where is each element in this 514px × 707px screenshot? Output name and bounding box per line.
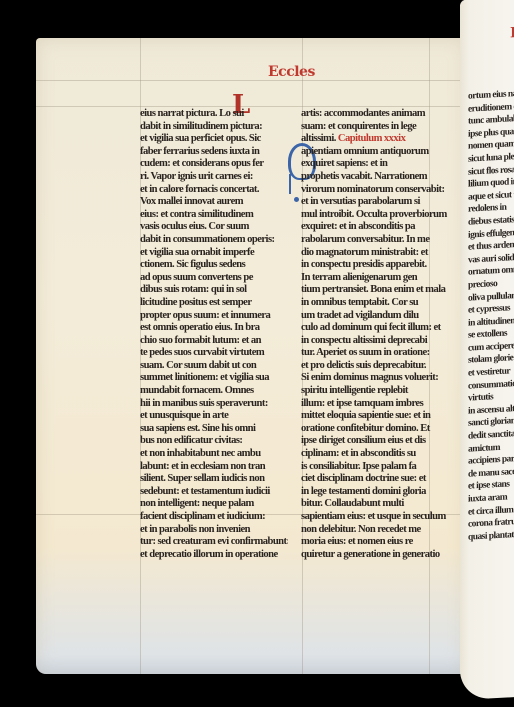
- text-line: exquiret sapiens: et in: [301, 158, 449, 171]
- text-line: ad opus suum convertens pe: [140, 272, 288, 285]
- text-line: propter opus suum: et innumera: [140, 310, 288, 323]
- text-line: in conspectu presidis apparebit.: [301, 259, 449, 272]
- text-line: eius: et contra similitudinem: [140, 209, 288, 222]
- text-line: mundabit fornacem. Omnes: [140, 385, 288, 398]
- ruling-line: [36, 80, 466, 81]
- text-line: facient disciplinam et iudicium:: [140, 511, 288, 524]
- text-line: labunt: et in ecclesiam non tran: [140, 461, 288, 474]
- text-line: bitur. Collaudabunt multi: [301, 498, 449, 511]
- text-line: dabit in similitudinem pictura:: [140, 121, 288, 134]
- right-text-column: artis: accommodantes animamsuam: et conq…: [301, 108, 449, 561]
- running-head: Eccles: [268, 64, 315, 80]
- text-line: te pedes suos curvabit virtutem: [140, 347, 288, 360]
- text-line: tur. Aperiet os suum in oratione:: [301, 347, 449, 360]
- text-line: ri. Vapor ignis urit carnes ei:: [140, 171, 288, 184]
- text-line: mittet eloquia sapientie sue: et in: [301, 410, 449, 423]
- text-line: mul introibit. Occulta proverbiorum: [301, 209, 449, 222]
- text-line: ciet disciplinam doctrine sue: et: [301, 473, 449, 486]
- text-line: spiritu intelligentie replebit: [301, 385, 449, 398]
- text-line: silient. Super sellam iudicis non: [140, 473, 288, 486]
- text-line: et in versutias parabolarum si: [301, 196, 449, 209]
- text-line: illum: et ipse tamquam imbres: [301, 398, 449, 411]
- text-line: eius narrat pictura. Lo sui: [140, 108, 288, 121]
- text-line: virorum nominatorum conservabit:: [301, 184, 449, 197]
- text-line: et in calore fornacis concertat.: [140, 184, 288, 197]
- text-line: suam. Cor suum dabit ut con: [140, 360, 288, 373]
- text-line: suam: et conquirentes in lege: [301, 121, 449, 134]
- text-line: in lege testamenti domini gloria: [301, 486, 449, 499]
- text-line: is consiliabitur. Ipse palam fa: [301, 461, 449, 474]
- text-line: dibus suis rotam: qui in sol: [140, 284, 288, 297]
- text-line: summet linitionem: et vigilia sua: [140, 372, 288, 385]
- facing-text-column: ortum eius narrabiteruditionem eiustunc …: [468, 88, 514, 545]
- text-line: hii in manibus suis speraverunt:: [140, 398, 288, 411]
- facing-page: I ortum eius narrabiteruditionem eiustun…: [460, 0, 514, 700]
- text-line: non intelligent: neque palam: [140, 498, 288, 511]
- text-line: et non inhabitabunt nec ambu: [140, 448, 288, 461]
- text-line: licitudine positus est semper: [140, 297, 288, 310]
- text-line: prophetis vacabit. Narrationem: [301, 171, 449, 184]
- text-line: In terram alienigenarum gen: [301, 272, 449, 285]
- text-line: faber ferrarius sedens iuxta in: [140, 146, 288, 159]
- text-line: et unusquisque in arte: [140, 410, 288, 423]
- text-line: culo ad dominum qui fecit illum: et: [301, 322, 449, 335]
- text-line: tur: sed creaturam evi confirmabunt:: [140, 536, 288, 549]
- text-line: um tradet ad vigilandum dilu: [301, 310, 449, 323]
- text-line: quasi plantatio: [468, 529, 514, 545]
- text-line: non delebitur. Non recedet me: [301, 524, 449, 537]
- text-line: altissimi. Capitulum xxxix: [301, 133, 449, 146]
- text-line: moria eius: et nomen eius re: [301, 536, 449, 549]
- text-line: ctionem. Sic figulus sedens: [140, 259, 288, 272]
- text-line: et vigilia sua ornabit imperfe: [140, 247, 288, 260]
- text-line: tium pertransiet. Bona enim et mala: [301, 284, 449, 297]
- text-line: quiretur a generatione in generatio: [301, 549, 449, 562]
- text-line: apientiam omnium antiquorum: [301, 146, 449, 159]
- text-line: chio suo formabit lutum: et an: [140, 335, 288, 348]
- text-line: Si enim dominus magnus voluerit:: [301, 372, 449, 385]
- text-line: vasis oculus eius. Cor suum: [140, 221, 288, 234]
- text-line: cudem: et considerans opus fer: [140, 158, 288, 171]
- ruling-line: [36, 106, 466, 107]
- text-line: sedebunt: et testamentum iudicii: [140, 486, 288, 499]
- facing-running-head: I: [510, 25, 514, 41]
- text-line: bus non edificatur civitas:: [140, 435, 288, 448]
- text-line: sua sapiens est. Sine his omni: [140, 423, 288, 436]
- text-line: sapientiam eius: et usque in seculum: [301, 511, 449, 524]
- text-line: Vox mallei innovat aurem: [140, 196, 288, 209]
- text-line: dabit in consummationem operis:: [140, 234, 288, 247]
- left-text-column: eius narrat pictura. Lo suidabit in simi…: [140, 108, 288, 561]
- text-line: et in parabolis non invenien: [140, 524, 288, 537]
- text-line: est omnis operatio eius. In bra: [140, 322, 288, 335]
- text-line: et vigilia sua perficiet opus. Sic: [140, 133, 288, 146]
- text-line: et pro delictis suis deprecabitur.: [301, 360, 449, 373]
- text-line: artis: accommodantes animam: [301, 108, 449, 121]
- text-line: dio magnatorum ministrabit: et: [301, 247, 449, 260]
- text-line: exquiret: et in absconditis pa: [301, 221, 449, 234]
- text-line: ipse diriget consilium eius et dis: [301, 435, 449, 448]
- text-line: et deprecatio illorum in operatione: [140, 549, 288, 562]
- text-line: oratione confitebitur domino. Et: [301, 423, 449, 436]
- text-line: rabolarum conversabitur. In me: [301, 234, 449, 247]
- chapter-heading: Capitulum xxxix: [336, 133, 406, 144]
- blue-paragraph-mark: [294, 197, 299, 202]
- text-line: in omnibus temptabit. Cor su: [301, 297, 449, 310]
- text-line: ciplinam: et in absconditis su: [301, 448, 449, 461]
- text-line: in conspectu altissimi deprecabi: [301, 335, 449, 348]
